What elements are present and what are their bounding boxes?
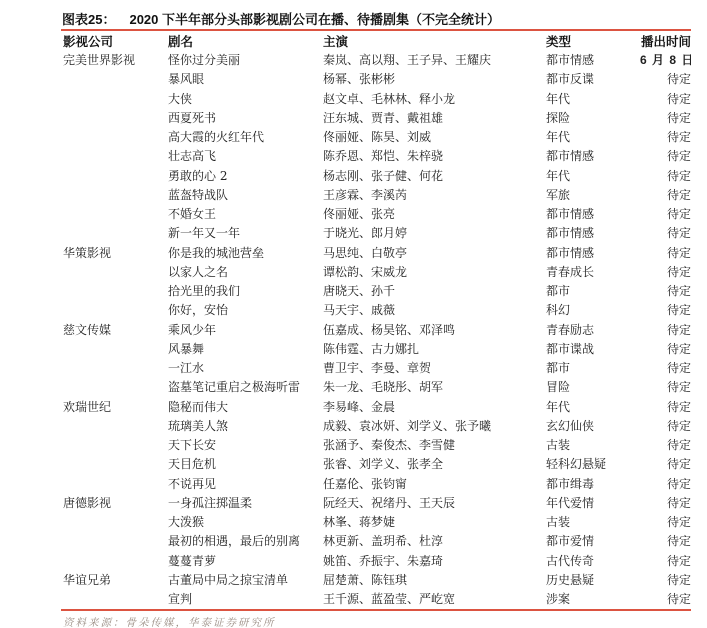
cast-cell: 佟丽娅、陈昊、刘威 [323,128,546,147]
drama-cell: 大侠 [168,90,323,109]
drama-cell: 拾光里的我们 [168,282,323,301]
cast-cell: 成毅、袁冰妍、刘学义、张予曦 [323,417,546,436]
drama-cell: 天目危机 [168,455,323,474]
cast-cell: 阮经天、祝绪丹、王天辰 [323,494,546,513]
drama-cell: 隐秘而伟大 [168,398,323,417]
cast-cell: 伍嘉成、杨昊铭、邓泽鸣 [323,321,546,340]
genre-cell: 冒险 [546,378,640,397]
genre-cell: 都市反谍 [546,70,640,89]
cast-cell: 王千源、蓝盈莹、严屹宽 [323,590,546,609]
airdate-cell: 待定 [640,90,691,109]
drama-cell: 以家人之名 [168,263,323,282]
table-row: 不婚女王佟丽娅、张亮都市情感待定 [63,205,691,224]
genre-cell: 古代传奇 [546,552,640,571]
table-row: 大泼猴林峯、蒋梦婕古装待定 [63,513,691,532]
cast-cell: 屈楚萧、陈钰琪 [323,571,546,590]
airdate-cell: 待定 [640,244,691,263]
company-cell: 华谊兄弟 [63,571,168,590]
genre-cell: 都市缉毒 [546,475,640,494]
table-row: 一江水曹卫宇、李曼、章贺都市待定 [63,359,691,378]
company-cell: 唐德影视 [63,494,168,513]
airdate-cell: 待定 [640,147,691,166]
table-row: 新一年又一年于晓光、郎月婷都市情感待定 [63,224,691,243]
genre-cell: 都市情感 [546,205,640,224]
airdate-cell: 6 月 8 日 [640,51,691,70]
cast-cell: 任嘉伦、张钧甯 [323,475,546,494]
drama-cell: 蓝盔特战队 [168,186,323,205]
top-rule [61,29,691,31]
table-row: 西夏死书汪东城、贾青、戴祖雄探险待定 [63,109,691,128]
airdate-cell: 待定 [640,224,691,243]
genre-cell: 古装 [546,513,640,532]
genre-cell: 年代爱情 [546,494,640,513]
drama-cell: 一身孤注掷温柔 [168,494,323,513]
genre-cell: 玄幻仙侠 [546,417,640,436]
table-row: 暴风眼杨幂、张彬彬都市反谍待定 [63,70,691,89]
genre-cell: 探险 [546,109,640,128]
genre-cell: 古装 [546,436,640,455]
drama-cell: 蔓蔓青萝 [168,552,323,571]
airdate-cell: 待定 [640,186,691,205]
cast-cell: 马天宇、戚薇 [323,301,546,320]
cast-cell: 曹卫宇、李曼、章贺 [323,359,546,378]
drama-cell: 古董局中局之掠宝清单 [168,571,323,590]
genre-cell: 都市谍战 [546,340,640,359]
airdate-cell: 待定 [640,552,691,571]
genre-cell: 青春励志 [546,321,640,340]
genre-cell: 青春成长 [546,263,640,282]
table-row: 勇敢的心 2杨志刚、张子健、何花年代待定 [63,167,691,186]
drama-cell: 天下长安 [168,436,323,455]
airdate-cell: 待定 [640,282,691,301]
column-header-genre: 类型 [546,34,640,50]
genre-cell: 都市 [546,359,640,378]
airdate-cell: 待定 [640,590,691,609]
column-header-airdate: 播出时间 [640,34,691,50]
column-header-cast: 主演 [323,34,546,50]
table-row: 欢瑞世纪隐秘而伟大李易峰、金晨年代待定 [63,398,691,417]
genre-cell: 年代 [546,90,640,109]
table-row: 盗墓笔记重启之极海听雷朱一龙、毛晓彤、胡军冒险待定 [63,378,691,397]
cast-cell: 秦岚、高以翔、王子异、王耀庆 [323,51,546,70]
genre-cell: 都市情感 [546,224,640,243]
table-row: 风暴舞陈伟霆、古力娜扎都市谍战待定 [63,340,691,359]
cast-cell: 杨志刚、张子健、何花 [323,167,546,186]
drama-cell: 你好，安怡 [168,301,323,320]
drama-cell: 宣判 [168,590,323,609]
genre-cell: 都市 [546,282,640,301]
airdate-cell: 待定 [640,340,691,359]
figure-title: 图表25：2020 下半年部分头部影视剧公司在播、待播剧集（不完全统计） [62,9,694,28]
genre-cell: 科幻 [546,301,640,320]
genre-cell: 军旅 [546,186,640,205]
drama-cell: 你是我的城池营垒 [168,244,323,263]
airdate-cell: 待定 [640,436,691,455]
table-row: 琉璃美人煞成毅、袁冰妍、刘学义、张予曦玄幻仙侠待定 [63,417,691,436]
cast-cell: 佟丽娅、张亮 [323,205,546,224]
cast-cell: 朱一龙、毛晓彤、胡军 [323,378,546,397]
table-row: 你好，安怡马天宇、戚薇科幻待定 [63,301,691,320]
table-row: 天下长安张涵予、秦俊杰、李雪健古装待定 [63,436,691,455]
table-row: 天目危机张睿、刘学义、张孝全轻科幻悬疑待定 [63,455,691,474]
airdate-cell: 待定 [640,513,691,532]
drama-cell: 大泼猴 [168,513,323,532]
table-row: 不说再见任嘉伦、张钧甯都市缉毒待定 [63,475,691,494]
table-row: 宣判王千源、蓝盈莹、严屹宽涉案待定 [63,590,691,609]
cast-cell: 张涵予、秦俊杰、李雪健 [323,436,546,455]
drama-cell: 盗墓笔记重启之极海听雷 [168,378,323,397]
source-note: 资料来源：骨朵传媒，华泰证券研究所 [63,615,276,628]
airdate-cell: 待定 [640,494,691,513]
table-header: 影视公司 剧名 主演 类型 播出时间 [63,34,691,50]
drama-cell: 风暴舞 [168,340,323,359]
cast-cell: 马思纯、白敬亭 [323,244,546,263]
airdate-cell: 待定 [640,70,691,89]
drama-cell: 一江水 [168,359,323,378]
drama-cell: 高大霞的火红年代 [168,128,323,147]
airdate-cell: 待定 [640,475,691,494]
drama-cell: 暴风眼 [168,70,323,89]
airdate-cell: 待定 [640,167,691,186]
airdate-cell: 待定 [640,205,691,224]
table-row: 壮志高飞陈乔恩、郑恺、朱梓骁都市情感待定 [63,147,691,166]
airdate-cell: 待定 [640,359,691,378]
airdate-cell: 待定 [640,417,691,436]
airdate-cell: 待定 [640,378,691,397]
genre-cell: 都市情感 [546,244,640,263]
genre-cell: 都市爱情 [546,532,640,551]
genre-cell: 都市情感 [546,147,640,166]
table-row: 蓝盔特战队王彦霖、李溪芮军旅待定 [63,186,691,205]
cast-cell: 于晓光、郎月婷 [323,224,546,243]
drama-cell: 不婚女王 [168,205,323,224]
cast-cell: 张睿、刘学义、张孝全 [323,455,546,474]
airdate-cell: 待定 [640,128,691,147]
genre-cell: 年代 [546,398,640,417]
table-row: 以家人之名谭松韵、宋威龙青春成长待定 [63,263,691,282]
column-header-drama: 剧名 [168,34,323,50]
drama-cell: 西夏死书 [168,109,323,128]
page-title: 2020 下半年部分头部影视剧公司在播、待播剧集（不完全统计） [129,12,500,27]
cast-cell: 唐晓天、孙千 [323,282,546,301]
airdate-cell: 待定 [640,455,691,474]
cast-cell: 陈乔恩、郑恺、朱梓骁 [323,147,546,166]
airdate-cell: 待定 [640,321,691,340]
airdate-cell: 待定 [640,263,691,282]
company-cell: 华策影视 [63,244,168,263]
cast-cell: 谭松韵、宋威龙 [323,263,546,282]
figure-label: 图表25： [62,12,115,27]
column-header-company: 影视公司 [63,34,168,50]
drama-cell: 琉璃美人煞 [168,417,323,436]
table-row: 华谊兄弟古董局中局之掠宝清单屈楚萧、陈钰琪历史悬疑待定 [63,571,691,590]
cast-cell: 汪东城、贾青、戴祖雄 [323,109,546,128]
airdate-cell: 待定 [640,571,691,590]
table-row: 最初的相遇，最后的别离林更新、盖玥希、杜淳都市爱情待定 [63,532,691,551]
cast-cell: 林峯、蒋梦婕 [323,513,546,532]
table-row: 慈文传媒乘风少年伍嘉成、杨昊铭、邓泽鸣青春励志待定 [63,321,691,340]
drama-cell: 怪你过分美丽 [168,51,323,70]
cast-cell: 杨幂、张彬彬 [323,70,546,89]
drama-cell: 新一年又一年 [168,224,323,243]
report-figure-table: 图表25：2020 下半年部分头部影视剧公司在播、待播剧集（不完全统计） 影视公… [0,0,707,628]
genre-cell: 涉案 [546,590,640,609]
genre-cell: 都市情感 [546,51,640,70]
cast-cell: 姚笛、乔振宇、朱嘉琦 [323,552,546,571]
drama-cell: 勇敢的心 2 [168,167,323,186]
company-cell: 欢瑞世纪 [63,398,168,417]
airdate-cell: 待定 [640,398,691,417]
cast-cell: 林更新、盖玥希、杜淳 [323,532,546,551]
table-body: 完美世界影视怪你过分美丽秦岚、高以翔、王子异、王耀庆都市情感6 月 8 日暴风眼… [63,51,691,609]
cast-cell: 李易峰、金晨 [323,398,546,417]
drama-cell: 乘风少年 [168,321,323,340]
genre-cell: 年代 [546,167,640,186]
table-row: 大侠赵文卓、毛林林、释小龙年代待定 [63,90,691,109]
airdate-cell: 待定 [640,109,691,128]
airdate-cell: 待定 [640,301,691,320]
company-cell: 完美世界影视 [63,51,168,70]
cast-cell: 陈伟霆、古力娜扎 [323,340,546,359]
table-row: 唐德影视一身孤注掷温柔阮经天、祝绪丹、王天辰年代爱情待定 [63,494,691,513]
genre-cell: 历史悬疑 [546,571,640,590]
genre-cell: 轻科幻悬疑 [546,455,640,474]
drama-cell: 不说再见 [168,475,323,494]
airdate-cell: 待定 [640,532,691,551]
bottom-rule [61,609,691,611]
table-row: 完美世界影视怪你过分美丽秦岚、高以翔、王子异、王耀庆都市情感6 月 8 日 [63,51,691,70]
table-row: 蔓蔓青萝姚笛、乔振宇、朱嘉琦古代传奇待定 [63,552,691,571]
drama-cell: 壮志高飞 [168,147,323,166]
cast-cell: 赵文卓、毛林林、释小龙 [323,90,546,109]
table-row: 高大霞的火红年代佟丽娅、陈昊、刘威年代待定 [63,128,691,147]
table-row: 拾光里的我们唐晓天、孙千都市待定 [63,282,691,301]
table-row: 华策影视你是我的城池营垒马思纯、白敬亭都市情感待定 [63,244,691,263]
genre-cell: 年代 [546,128,640,147]
company-cell: 慈文传媒 [63,321,168,340]
cast-cell: 王彦霖、李溪芮 [323,186,546,205]
drama-cell: 最初的相遇，最后的别离 [168,532,323,551]
